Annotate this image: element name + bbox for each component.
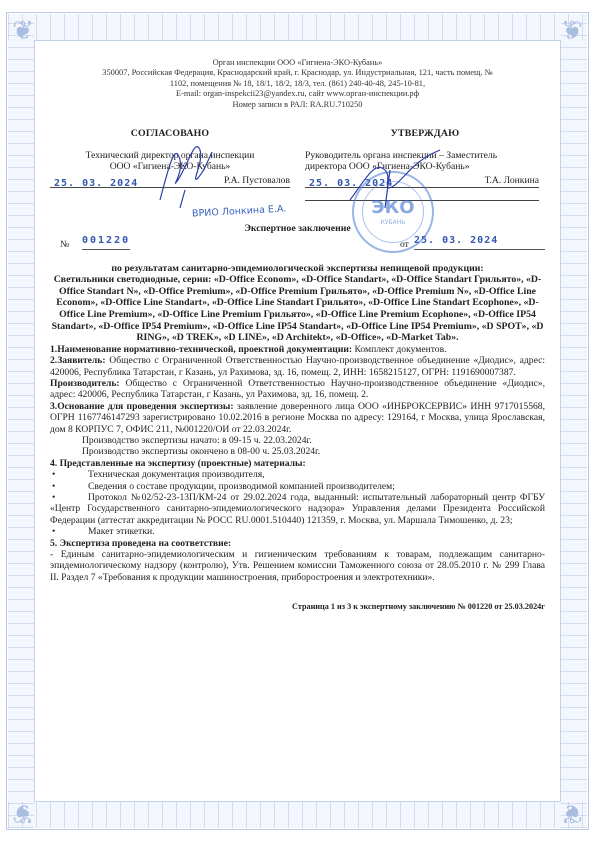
approved-signatory: Т.А. Лонкина [483,175,539,187]
section-5-text: - Единым санитарно-эпидемиологическим и … [50,549,545,583]
page-footer: Страница 1 из 3 к экспертному заключению… [50,601,545,612]
section-5: 5. Экспертиза проведена на соответствие: [50,538,545,549]
section-1: 1.Наименование нормативно-технической, п… [50,344,545,355]
letterhead: Орган инспекции ООО «Гигиена-ЭКО-Кубань»… [50,58,545,110]
manufacturer-text: Общество с Ограниченной Ответственностью… [50,378,545,400]
corner-ornament-icon: ❦ [557,16,587,46]
expertise-started: Производство экспертизы начато: в 09-15 … [50,435,545,446]
section-4: 4. Представленные на экспертизу (проектн… [50,458,545,469]
approved-organization: директора ООО «Гигиена-ЭКО-Кубань» [305,161,545,173]
section-1-label: 1.Наименование нормативно-технической, п… [50,344,352,355]
section-2-label: 2.Заявитель: [50,355,106,366]
conclusion-number: 001220 [82,235,130,250]
list-item-text: Макет этикетки. [88,526,155,537]
approved-position: Руководитель органа инспекции – Заместит… [305,150,545,162]
subject-block: по результатам санитарно-эпидемиологичес… [50,263,545,344]
approved-title: УТВЕРЖДАЮ [305,128,545,140]
section-3-label: 3.Основание для проведения экспертизы: [50,401,234,412]
approval-block: СОГЛАСОВАНО Технический директор органа … [50,128,545,201]
list-item: •Протокол №02/52-23-13П/КМ-24 от 29.02.2… [50,492,545,526]
agreed-position: Технический директор органа инспекции [50,150,290,162]
conclusion-date-label: от [400,239,409,250]
agreed-organization: ООО «Гигиена-ЭКО-Кубань» [50,161,290,173]
corner-ornament-icon: ❦ [8,16,38,46]
org-contacts: E-mail: organ-inspekcii23@yandex.ru, сай… [50,89,545,99]
conclusion-date: 25. 03. 2024 [414,235,545,250]
materials-list: •Техническая документация производителя,… [50,469,545,537]
expertise-finished: Производство экспертизы окончено в 08-00… [50,446,545,457]
conclusion-number-label: № [60,239,69,250]
org-name: Орган инспекции ООО «Гигиена-ЭКО-Кубань» [50,58,545,68]
acting-stamp: ВРИО Лонкина Е.А. [192,204,287,220]
list-item-text: Сведения о составе продукции, производим… [88,481,395,492]
agreed-title: СОГЛАСОВАНО [50,128,290,140]
section-4-label: 4. Представленные на экспертизу (проектн… [50,458,306,469]
org-address: 350007, Российская Федерация, Краснодарс… [50,68,545,78]
bullet-icon: • [50,492,88,503]
approved-date-stamp: 25. 03. 2024 [309,178,393,190]
approved-column: УТВЕРЖДАЮ Руководитель органа инспекции … [301,128,545,201]
document-page: Орган инспекции ООО «Гигиена-ЭКО-Кубань»… [50,58,545,613]
corner-ornament-icon: ❦ [8,798,38,828]
list-item: •Техническая документация производителя, [50,469,545,480]
manufacturer-label: Производитель: [50,378,120,389]
section-1-text: Комплект документов. [352,344,446,355]
section-5-label: 5. Экспертиза проведена на соответствие: [50,538,231,549]
section-2: 2.Заявитель: Общество с Ограниченной Отв… [50,355,545,378]
agreed-signature-line: 25. 03. 2024 Р.А. Пустовалов [50,174,290,188]
bullet-icon: • [50,481,88,492]
section-3: 3.Основание для проведения экспертизы: з… [50,401,545,435]
conclusion-heading: Экспертное заключение № 001220 от 25. 03… [50,223,545,257]
approved-signature-line: 25. 03. 2024 Т.А. Лонкина [305,174,539,188]
list-item: •Сведения о составе продукции, производи… [50,481,545,492]
corner-ornament-icon: ❦ [557,798,587,828]
org-address-cont: 1102, помещения № 18, 18/1, 18/2, 18/3, … [50,79,545,89]
ral-record: Номер записи в РАЛ: RA.RU.710250 [50,100,545,110]
bullet-icon: • [50,469,88,480]
subject-intro: по результатам санитарно-эпидемиологичес… [50,263,545,275]
subject-products: Светильники светодиодные, серии: «D-Offi… [50,274,545,344]
agreed-column: СОГЛАСОВАНО Технический директор органа … [50,128,290,201]
manufacturer-section: Производитель: Общество с Ограниченной О… [50,378,545,401]
conclusion-title: Экспертное заключение [50,223,545,234]
list-item-text: Протокол №02/52-23-13П/КМ-24 от 29.02.20… [50,492,545,526]
list-item-text: Техническая документация производителя, [88,469,265,480]
list-item: •Макет этикетки. [50,526,545,537]
section-2-text: Общество с Ограниченной Ответственностью… [50,355,545,377]
bullet-icon: • [50,526,88,537]
agreed-signatory: Р.А. Пустовалов [222,175,290,187]
agreed-date-stamp: 25. 03. 2024 [54,178,138,190]
